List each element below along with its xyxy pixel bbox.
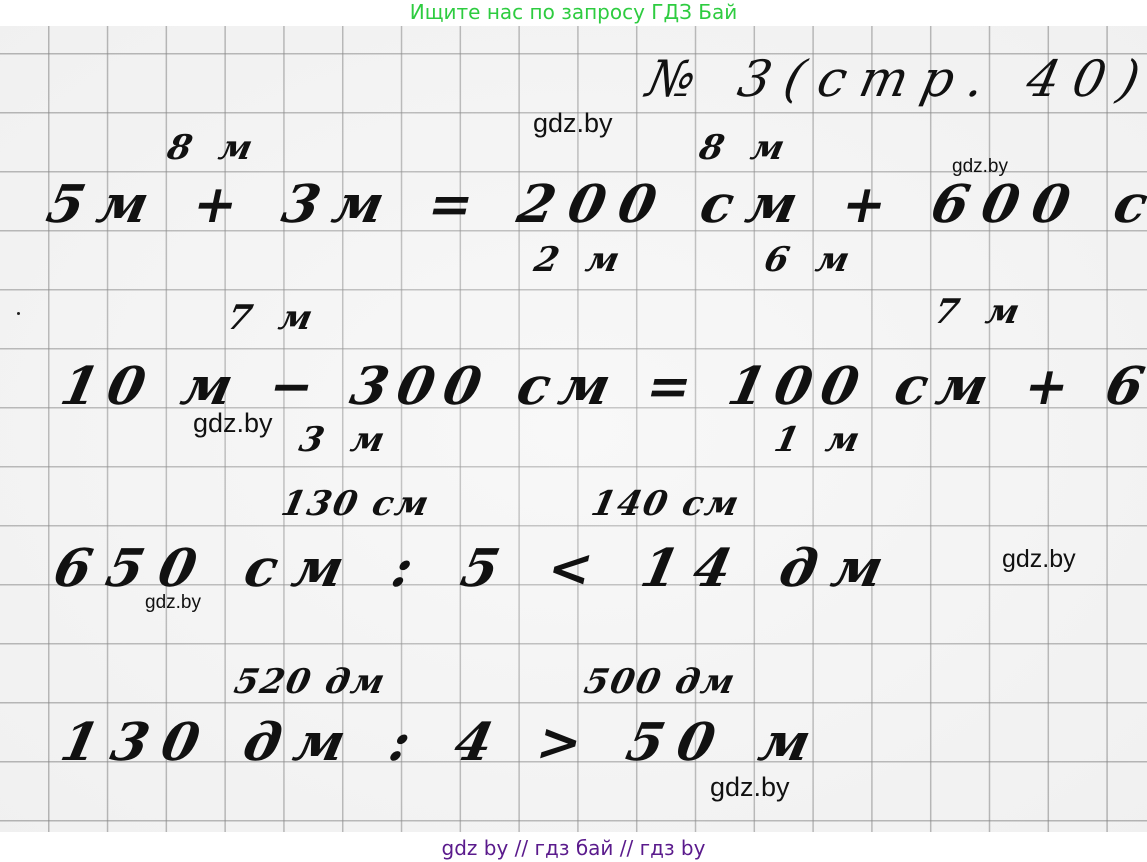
- watermark-gdz: gdz.by: [952, 156, 1008, 178]
- footer-credits: gdz by // гдз бай // гдз by: [0, 834, 1147, 862]
- watermark-gdz: gdz.by: [1002, 545, 1076, 574]
- equation-line: 5м + 3м = 200 см + 600 см: [42, 174, 1147, 235]
- equation-line: 130 дм : 4 > 50 м: [56, 712, 830, 773]
- annotation-above: 7 м: [224, 298, 324, 338]
- annotation-below: 1 м: [771, 420, 871, 460]
- annotation-above: 7 м: [931, 292, 1031, 332]
- annotation-below: 6 м: [761, 240, 861, 280]
- annotation-above: 8 м: [696, 128, 796, 168]
- watermark-gdz: gdz.by: [533, 108, 613, 139]
- watermark-gdz: gdz.by: [193, 408, 273, 439]
- annotation-above: 130 см: [278, 484, 434, 524]
- search-hint-banner: Ищите нас по запросу ГДЗ Бай: [0, 0, 1147, 26]
- equation-line: 650 см : 5 < 14 дм: [49, 538, 905, 599]
- annotation-above: 520 дм: [231, 662, 390, 702]
- annotation-above: 8 м: [164, 128, 264, 168]
- annotation-below: 2 м: [531, 240, 631, 280]
- annotation-above: 140 см: [588, 484, 744, 524]
- annotation-below: 3 м: [296, 420, 396, 460]
- exercise-title: № 3(стр. 40): [642, 50, 1147, 108]
- annotation-above: 500 дм: [581, 662, 740, 702]
- watermark-gdz: gdz.by: [145, 592, 201, 614]
- watermark-gdz: gdz.by: [710, 772, 790, 803]
- ink-dot: [17, 312, 20, 315]
